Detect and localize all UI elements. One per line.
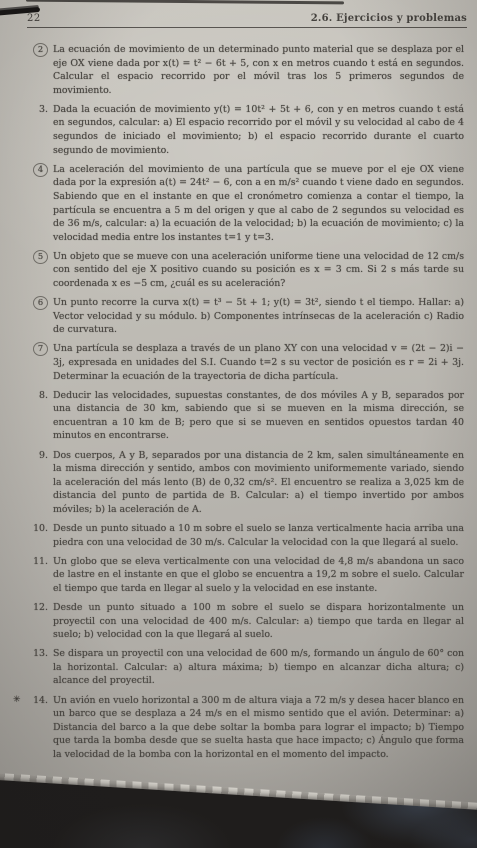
problem-text: Un avión en vuelo horizontal a 300 m de …	[53, 694, 464, 762]
problem-number: 6	[27, 296, 53, 337]
problem-number: 5	[27, 250, 53, 291]
circled-number-annotation: 7	[33, 342, 48, 356]
problem-item-4: 4 La aceleración del movimiento de una p…	[27, 163, 464, 245]
asterisk-annotation: ✳	[13, 694, 21, 708]
circled-number-annotation: 4	[33, 163, 48, 177]
problem-item-14: ✳ 14. Un avión en vuelo horizontal a 300…	[27, 694, 464, 762]
circled-number-annotation: 2	[33, 43, 48, 57]
problem-text: La aceleración del movimiento de una par…	[53, 163, 464, 245]
problem-text: Deducir las velocidades, supuestas const…	[53, 389, 464, 443]
problem-item-5: 5 Un objeto que se mueve con una acelera…	[27, 250, 464, 291]
section-title: 2.6. Ejercicios y problemas	[311, 13, 467, 24]
problem-text: Un punto recorre la curva x(t) = t³ − 5t…	[53, 296, 464, 337]
problem-text: Se dispara un proyectil con una velocida…	[53, 647, 464, 688]
problem-number: 13.	[27, 647, 53, 688]
problem-item-9: 9. Dos cuerpos, A y B, separados por una…	[27, 449, 464, 517]
problem-number: 4	[27, 163, 53, 245]
problem-text: La ecuación de movimiento de un determin…	[53, 43, 464, 97]
problem-number: 14.	[27, 694, 53, 762]
problem-text: Dada la ecuación de movimiento y(t) = 10…	[53, 103, 464, 157]
problem-item-3: 3. Dada la ecuación de movimiento y(t) =…	[27, 103, 464, 157]
problem-text: Desde un punto situado a 10 m sobre el s…	[53, 522, 464, 549]
problem-item-7: 7 Una partícula se desplaza a través de …	[27, 342, 464, 383]
problem-number: 2	[27, 43, 53, 97]
problem-item-2: 2 La ecuación de movimiento de un determ…	[27, 43, 464, 97]
problem-number: 11.	[27, 555, 53, 596]
problem-text: Un objeto que se mueve con una aceleraci…	[53, 250, 464, 291]
problems-list: 2 La ecuación de movimiento de un determ…	[27, 43, 464, 767]
problem-item-12: 12. Desde un punto situado a 100 m sobre…	[27, 601, 464, 642]
page-header: 22 2.6. Ejercicios y problemas	[27, 13, 467, 28]
problem-number: 7	[27, 342, 53, 383]
problem-number: 10.	[27, 522, 53, 549]
textbook-page-sheet: 22 2.6. Ejercicios y problemas 2 La ecua…	[0, 0, 477, 812]
problem-number: 9.	[27, 449, 53, 517]
problem-item-8: 8. Deducir las velocidades, supuestas co…	[27, 389, 464, 443]
problem-item-11: 11. Un globo que se eleva verticalmente …	[27, 555, 464, 596]
problem-number: 12.	[27, 601, 53, 642]
problem-text: Un globo que se eleva verticalmente con …	[53, 555, 464, 596]
problem-number: 3.	[27, 103, 53, 157]
page-number: 22	[27, 13, 41, 24]
problem-number: 8.	[27, 389, 53, 443]
problem-item-6: 6 Un punto recorre la curva x(t) = t³ − …	[27, 296, 464, 337]
problem-text: Desde un punto situado a 100 m sobre el …	[53, 601, 464, 642]
problem-item-13: 13. Se dispara un proyectil con una velo…	[27, 647, 464, 688]
problem-item-10: 10. Desde un punto situado a 10 m sobre …	[27, 522, 464, 549]
problem-text: Una partícula se desplaza a través de un…	[53, 342, 464, 383]
circled-number-annotation: 6	[33, 296, 48, 310]
circled-number-annotation: 5	[33, 250, 48, 264]
problem-text: Dos cuerpos, A y B, separados por una di…	[53, 449, 464, 517]
